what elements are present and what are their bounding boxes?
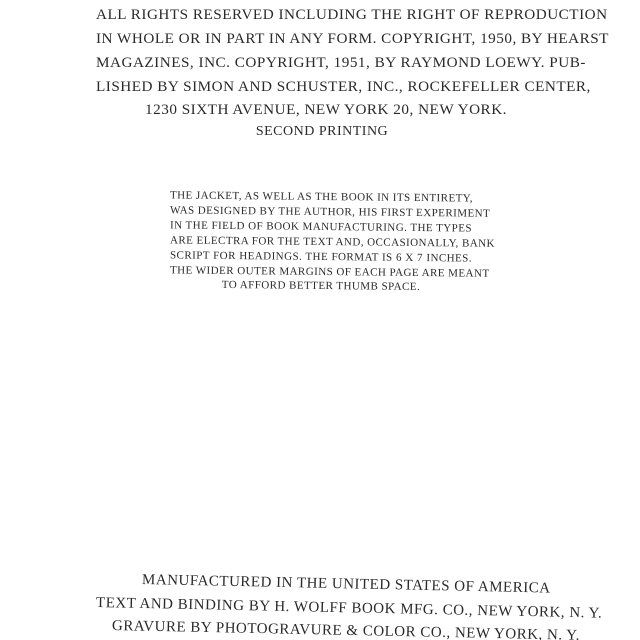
copyright-line: ALL RIGHTS RESERVED INCLUDING THE RIGHT … xyxy=(96,6,548,24)
copyright-line: IN WHOLE OR IN PART IN ANY FORM. COPYRIG… xyxy=(96,30,548,48)
manufacture-line: MANUFACTURED IN THE UNITED STATES OF AME… xyxy=(142,572,551,598)
manufacture-line: GRAVURE BY PHOTOGRAVURE & COLOR CO., NEW… xyxy=(112,618,580,640)
design-note-line: THE JACKET, AS WELL AS THE BOOK IN ITS E… xyxy=(170,189,472,204)
printing-line: SECOND PRINTING xyxy=(2,124,640,140)
design-note-line: TO AFFORD BETTER THUMB SPACE. xyxy=(170,278,472,293)
copyright-line: 1230 SIXTH AVENUE, NEW YORK 20, NEW YORK… xyxy=(6,101,640,119)
design-note-line: ARE ELECTRA FOR THE TEXT AND, OCCASIONAL… xyxy=(170,234,472,249)
design-note-line: THE WIDER OUTER MARGINS OF EACH PAGE ARE… xyxy=(170,264,472,279)
design-note-line: IN THE FIELD OF BOOK MANUFACTURING. THE … xyxy=(170,219,472,234)
copyright-line: LISHED BY SIMON AND SCHUSTER, INC., ROCK… xyxy=(96,78,548,96)
copyright-line: MAGAZINES, INC. COPYRIGHT, 1951, BY RAYM… xyxy=(96,54,548,72)
design-note-line: SCRIPT FOR HEADINGS. THE FORMAT IS 6 X 7… xyxy=(170,249,472,264)
design-note-line: WAS DESIGNED BY THE AUTHOR, HIS FIRST EX… xyxy=(170,204,472,219)
